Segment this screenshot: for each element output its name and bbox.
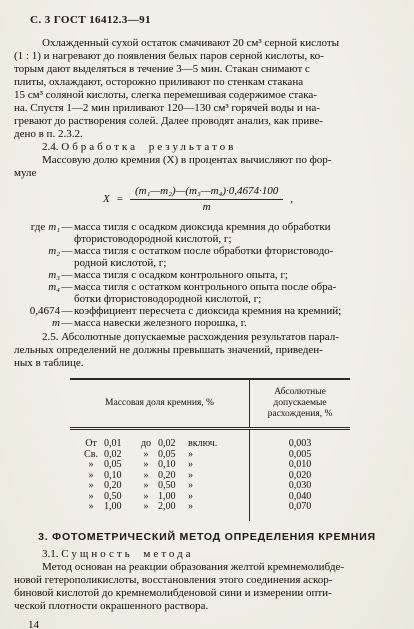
- definition-dash: —: [60, 221, 74, 245]
- range-to: 0,02: [158, 439, 188, 450]
- range-mid: »: [134, 481, 158, 492]
- range-from: 0,01: [104, 439, 134, 450]
- paragraph-digestion: Охлажденный сухой остаток смачивают 20 с…: [14, 37, 400, 141]
- running-header: С. 3 ГОСТ 16412.3—91: [30, 14, 400, 27]
- range-prefix: »: [78, 460, 104, 471]
- definition-description: масса тигля с остатком после обработки ф…: [74, 245, 400, 269]
- range-suffix: »: [188, 502, 249, 513]
- range-to: 0,10: [158, 460, 188, 471]
- formula-numerator: (m₁—m₂)—(m₃—m₄)·0,4674·100: [130, 185, 283, 200]
- page-number: 14: [28, 619, 400, 629]
- formula-denominator: m: [203, 200, 211, 214]
- definition-term: m₃: [14, 269, 60, 281]
- definition-term: гдеm₁: [14, 221, 60, 245]
- definition-dash: —: [60, 317, 74, 329]
- definition-description: масса навески железного порошка, г.: [74, 317, 400, 329]
- table-header-row: Массовая доля кремния, % Абсолютные допу…: [70, 378, 350, 430]
- table-row-range: »0,05»0,10»: [70, 460, 249, 471]
- formula-lhs-variable: X: [103, 193, 110, 206]
- range-suffix: »: [188, 471, 249, 482]
- table-row-range: От0,01до0,02включ.: [70, 439, 249, 450]
- table-header-allowed-discrepancy: Абсолютные допускаемые расхождения, %: [250, 380, 350, 427]
- definition-term: m₄: [14, 281, 60, 305]
- definition-row: m₂ — масса тигля с остатком после обрабо…: [14, 245, 400, 269]
- table-cell-value: 0,010: [250, 460, 350, 471]
- document-page: С. 3 ГОСТ 16412.3—91 Охлажденный сухой о…: [0, 0, 414, 629]
- range-from: 0,05: [104, 460, 134, 471]
- range-mid: »: [134, 460, 158, 471]
- range-to: 0,50: [158, 481, 188, 492]
- range-suffix: »: [188, 481, 249, 492]
- definition-description: масса тигля с осадком контрольного опыта…: [74, 269, 400, 281]
- table-header-mass-fraction: Массовая доля кремния, %: [70, 380, 250, 427]
- heading-3-1: 3.1. Сущность метода: [14, 548, 400, 561]
- definition-row: m — масса навески железного порошка, г.: [14, 317, 400, 329]
- definition-description: масса тигля с остатком контрольного опыт…: [74, 281, 400, 305]
- range-suffix: »: [188, 492, 249, 503]
- definition-term: m₂: [14, 245, 60, 269]
- table-body: От0,01до0,02включ. Св.0,02»0,05» »0,05»0…: [70, 430, 350, 521]
- formula-equals-sign: =: [117, 193, 123, 206]
- range-from: 1,00: [104, 502, 134, 513]
- definition-description: масса тигля с осадком диоксида кремния д…: [74, 221, 400, 245]
- definition-row: гдеm₁ — масса тигля с осадком диоксида к…: [14, 221, 400, 245]
- definition-row: 0,4674 — коэффициент пересчета с диоксид…: [14, 305, 400, 317]
- range-mid: »: [134, 502, 158, 513]
- definition-lead: где: [31, 221, 48, 233]
- table-row-range: »0,20»0,50»: [70, 481, 249, 492]
- range-mid: до: [134, 439, 158, 450]
- range-suffix: »: [188, 450, 249, 461]
- formula-fraction: (m₁—m₂)—(m₃—m₄)·0,4674·100 m: [130, 185, 283, 214]
- definition-dash: —: [60, 305, 74, 317]
- definition-row: m₃ — масса тигля с осадком контрольного …: [14, 269, 400, 281]
- range-to: 2,00: [158, 502, 188, 513]
- tolerances-table: Массовая доля кремния, % Абсолютные допу…: [70, 378, 350, 521]
- definition-row: m₄ — масса тигля с остатком контрольного…: [14, 281, 400, 305]
- heading-2-4-title: Обработка результатов: [61, 141, 236, 153]
- definition-dash: —: [60, 281, 74, 305]
- definition-dash: —: [60, 269, 74, 281]
- range-from: 0,20: [104, 481, 134, 492]
- range-prefix: »: [78, 502, 104, 513]
- symbol-definitions: гдеm₁ — масса тигля с осадком диоксида к…: [14, 221, 400, 329]
- formula-trailing-comma: ,: [290, 193, 293, 206]
- table-value-column: 0,003 0,005 0,010 0,020 0,030 0,040 0,07…: [250, 430, 350, 521]
- definition-dash: —: [60, 245, 74, 269]
- range-suffix: включ.: [188, 439, 249, 450]
- range-prefix: »: [78, 481, 104, 492]
- section-3-heading: 3. ФОТОМЕТРИЧЕСКИЙ МЕТОД ОПРЕДЕЛЕНИЯ КРЕ…: [14, 531, 400, 544]
- range-suffix: »: [188, 460, 249, 471]
- definition-description: коэффициент пересчета с диоксида кремния…: [74, 305, 400, 317]
- definition-term: m: [14, 317, 60, 329]
- paragraph-formula-intro: Массовую долю кремния (X) в процентах вы…: [14, 154, 400, 180]
- heading-3-1-number: 3.1.: [42, 548, 59, 560]
- table-range-column: От0,01до0,02включ. Св.0,02»0,05» »0,05»0…: [70, 430, 250, 521]
- paragraph-tolerances: 2.5. Абсолютные допускаемые расхождения …: [14, 331, 400, 370]
- table-cell-value: 0,070: [250, 502, 350, 513]
- heading-2-4-number: 2.4.: [42, 141, 59, 153]
- table-cell-value: 0,003: [250, 439, 350, 450]
- heading-2-4: 2.4. Обработка результатов: [14, 141, 400, 154]
- paragraph-method-essence: Метод основан на реакции образования жел…: [14, 561, 400, 613]
- formula-silicon-mass-fraction: X = (m₁—m₂)—(m₃—m₄)·0,4674·100 m ,: [14, 185, 382, 214]
- definition-term: 0,4674: [14, 305, 60, 317]
- table-cell-value: 0,030: [250, 481, 350, 492]
- table-row-range: »1,00»2,00»: [70, 502, 249, 513]
- range-prefix: От: [78, 439, 104, 450]
- heading-3-1-title: Сущность метода: [61, 548, 193, 560]
